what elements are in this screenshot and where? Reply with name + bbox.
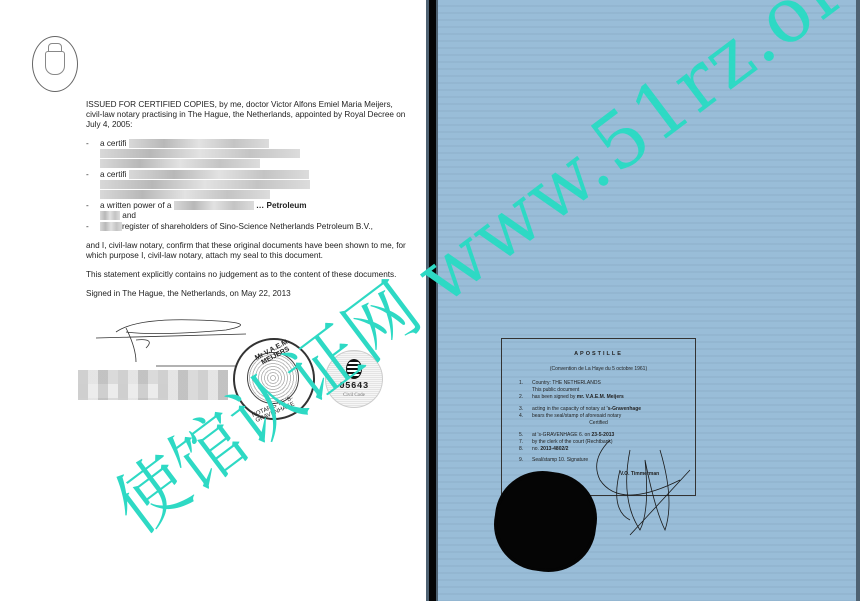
notary-certificate-page: ISSUED FOR CERTIFIED COPIES, by me, doct… <box>0 0 426 601</box>
document-item: a written power of a … Petroleum and <box>86 201 408 221</box>
apostille-line: 8.no. 2013-4802/2 <box>519 446 568 452</box>
redacted-text <box>100 211 120 220</box>
redacted-text <box>100 180 310 189</box>
lion-shield-icon <box>45 51 65 75</box>
apostille-line: This public document <box>519 387 579 393</box>
dutch-notary-crest-icon <box>32 36 78 92</box>
redacted-text <box>129 139 269 148</box>
redacted-text <box>100 190 270 199</box>
apostille-line: 3.acting in the capacity of notary at 's… <box>519 406 641 412</box>
statement-text: This statement explicitly contains no ju… <box>86 270 408 280</box>
clerk-signature <box>590 440 710 540</box>
confirmation-text: and I, civil-law notary, confirm that th… <box>86 241 408 261</box>
document-list: a certifi a certifi a written power of a… <box>86 139 408 232</box>
notary-seal: Mr V.A.E.M. MEIJERS NOTARIS TE 'S-GRAVEN… <box>233 338 315 420</box>
apostille-line: 9.Seal/stamp 10. Signature <box>519 457 588 463</box>
apostille-line: 5.at 's-GRAVENHAGE 6. on 23-5-2013 <box>519 432 614 438</box>
redacted-text <box>174 201 254 210</box>
apostille-title: APOSTILLE <box>502 351 695 357</box>
document-item: a certifi <box>86 139 408 169</box>
redacted-text <box>129 170 309 179</box>
document-item: register of shareholders of Sino-Science… <box>86 222 408 232</box>
document-item: a certifi <box>86 170 408 200</box>
wax-seal <box>497 474 594 569</box>
certificate-body: ISSUED FOR CERTIFIED COPIES, by me, doct… <box>86 100 408 308</box>
redacted-name-block <box>78 384 168 398</box>
apostille-line: Certified <box>502 420 695 426</box>
redacted-text <box>100 149 300 158</box>
signed-date: Signed in The Hague, the Netherlands, on… <box>86 289 408 299</box>
apostille-line: 4.bears the seal/stamp of aforesaid nota… <box>519 413 621 419</box>
civil-code-seal: 05643 Civil Code <box>325 350 383 408</box>
apostille-line: 1.Country: THE NETHERLANDS <box>519 380 601 386</box>
apostille-line: 2.has been signed by mr. V.A.E.M. Meijer… <box>519 394 624 400</box>
apostille-convention: (Convention de La Haye du 5 octobre 1961… <box>502 366 695 372</box>
certificate-intro: ISSUED FOR CERTIFIED COPIES, by me, doct… <box>86 100 408 130</box>
redacted-text <box>100 222 122 231</box>
redacted-text <box>100 159 260 168</box>
page-edge <box>856 0 860 601</box>
page-divider <box>426 0 438 601</box>
bee-icon <box>346 359 362 379</box>
